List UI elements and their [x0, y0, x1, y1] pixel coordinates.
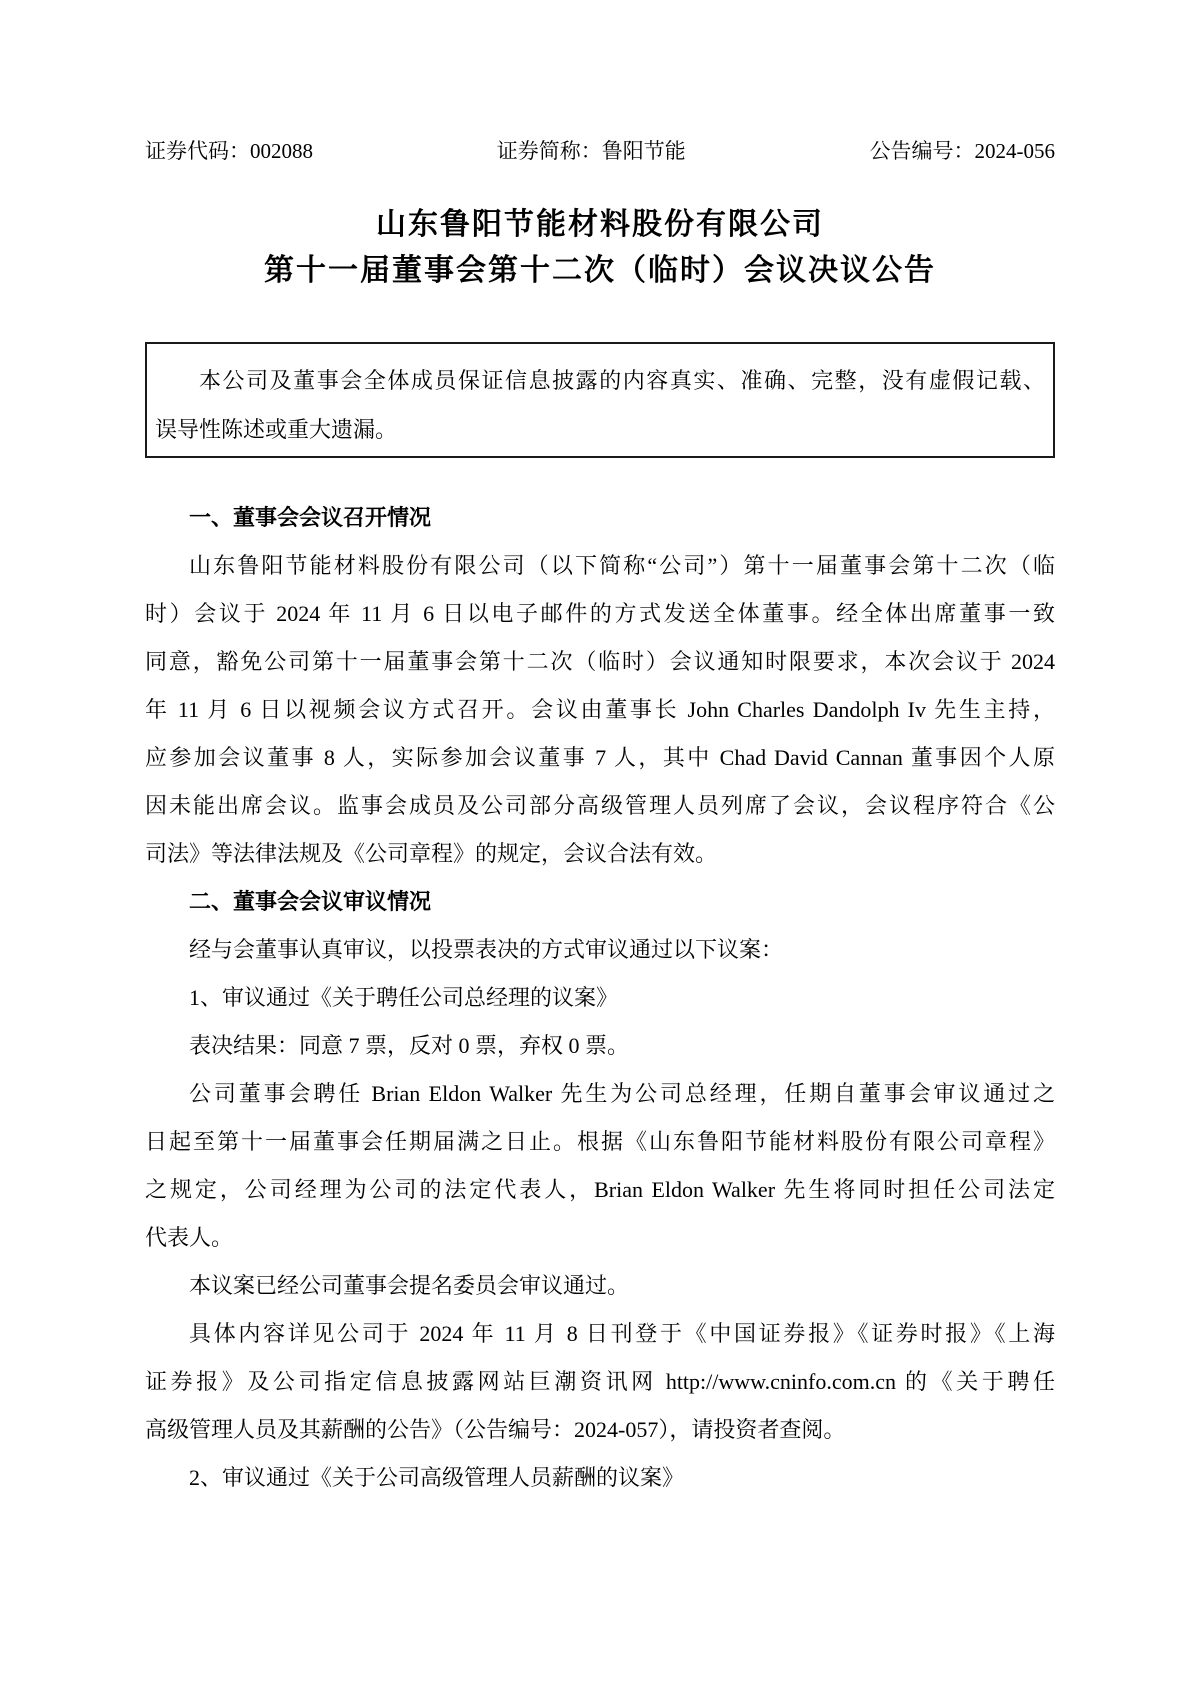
title-block: 山东鲁阳节能材料股份有限公司 第十一届董事会第十二次（临时）会议决议公告	[145, 202, 1055, 294]
announcement-number: 公告编号：2024-056	[870, 140, 1056, 162]
body-line: 时）会议于 2024 年 11 月 6 日以电子邮件的方式发送全体董事。经全体出…	[145, 590, 1055, 638]
body-line: 代表人。	[145, 1214, 1055, 1262]
body-line: 司法》等法律法规及《公司章程》的规定，会议合法有效。	[145, 830, 1055, 878]
body-line: 因未能出席会议。监事会成员及公司部分高级管理人员列席了会议，会议程序符合《公	[145, 782, 1055, 830]
body-line: 之规定，公司经理为公司的法定代表人，Brian Eldon Walker 先生将…	[145, 1166, 1055, 1214]
body-line: 具体内容详见公司于 2024 年 11 月 8 日刊登于《中国证券报》《证券时报…	[145, 1310, 1055, 1358]
body-line: 同意，豁免公司第十一届董事会第十二次（临时）会议通知时限要求，本次会议于 202…	[145, 638, 1055, 686]
section-heading: 一、董事会会议召开情况	[145, 494, 1055, 542]
body-line: 日起至第十一届董事会任期届满之日止。根据《山东鲁阳节能材料股份有限公司章程》	[145, 1118, 1055, 1166]
body-line: 年 11 月 6 日以视频会议方式召开。会议由董事长 John Charles …	[145, 686, 1055, 734]
section-heading: 二、董事会会议审议情况	[145, 878, 1055, 926]
company-name-title: 山东鲁阳节能材料股份有限公司	[145, 202, 1055, 248]
body-line: 1、审议通过《关于聘任公司总经理的议案》	[145, 974, 1055, 1022]
body-line: 应参加会议董事 8 人，实际参加会议董事 7 人，其中 Chad David C…	[145, 734, 1055, 782]
stock-code: 证券代码：002088	[145, 140, 313, 162]
body-line: 经与会董事认真审议，以投票表决的方式审议通过以下议案：	[145, 926, 1055, 974]
announcement-page: 证券代码：002088 证券简称：鲁阳节能 公告编号：2024-056 山东鲁阳…	[0, 0, 1200, 1502]
body-line: 证券报》及公司指定信息披露网站巨潮资讯网 http://www.cninfo.c…	[145, 1358, 1055, 1406]
disclaimer-line: 误导性陈述或重大遗漏。	[155, 405, 1045, 454]
body-line: 表决结果：同意 7 票，反对 0 票，弃权 0 票。	[145, 1022, 1055, 1070]
disclaimer-line: 本公司及董事会全体成员保证信息披露的内容真实、准确、完整，没有虚假记载、	[155, 356, 1045, 405]
document-header: 证券代码：002088 证券简称：鲁阳节能 公告编号：2024-056	[145, 140, 1055, 162]
document-body: 一、董事会会议召开情况山东鲁阳节能材料股份有限公司（以下简称“公司”）第十一届董…	[145, 494, 1055, 1502]
stock-abbr: 证券简称：鲁阳节能	[497, 140, 686, 162]
body-line: 2、审议通过《关于公司高级管理人员薪酬的议案》	[145, 1454, 1055, 1502]
body-line: 公司董事会聘任 Brian Eldon Walker 先生为公司总经理，任期自董…	[145, 1070, 1055, 1118]
body-line: 山东鲁阳节能材料股份有限公司（以下简称“公司”）第十一届董事会第十二次（临	[145, 542, 1055, 590]
meeting-resolution-title: 第十一届董事会第十二次（临时）会议决议公告	[145, 248, 1055, 294]
disclaimer-box: 本公司及董事会全体成员保证信息披露的内容真实、准确、完整，没有虚假记载、误导性陈…	[145, 342, 1055, 458]
body-line: 高级管理人员及其薪酬的公告》（公告编号：2024-057），请投资者查阅。	[145, 1406, 1055, 1454]
body-line: 本议案已经公司董事会提名委员会审议通过。	[145, 1262, 1055, 1310]
